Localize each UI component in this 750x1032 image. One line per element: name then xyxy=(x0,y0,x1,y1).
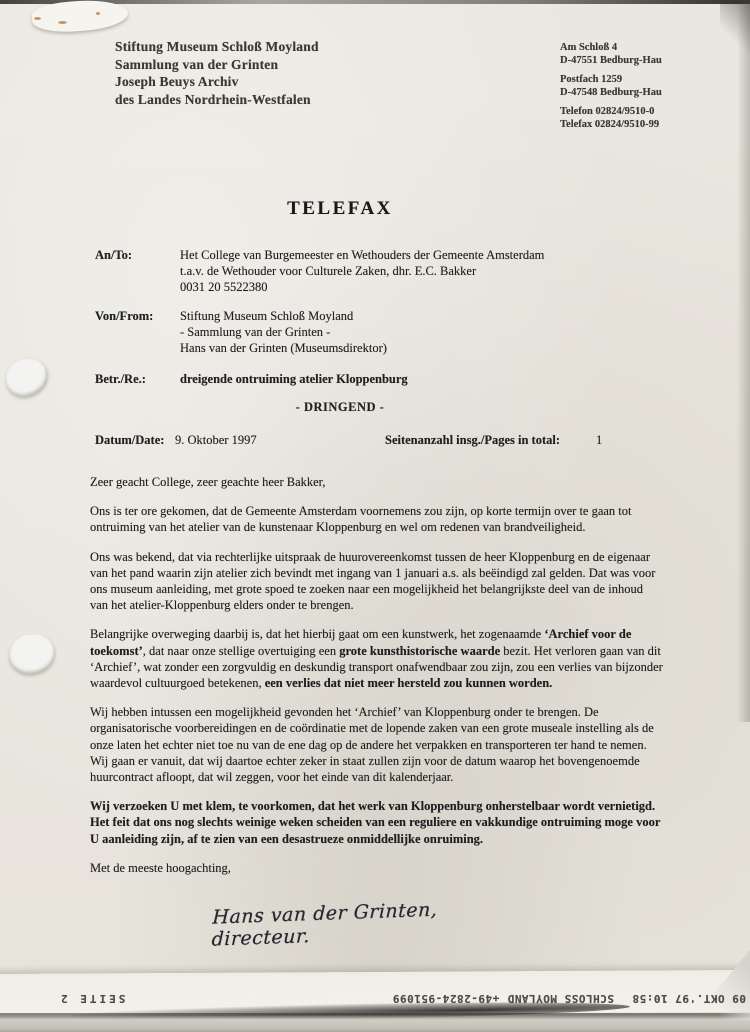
rust-speck xyxy=(58,21,67,24)
salutation: Zeer geacht College, zeer geachte heer B… xyxy=(90,474,664,490)
closing-line: Met de meeste hoogachting, xyxy=(90,860,664,876)
signature-handwriting: Hans van der Grinten, directeur. xyxy=(211,895,532,950)
field-value: dreigende ontruiming atelier Kloppenburg xyxy=(180,371,660,387)
fax-footer-page: SEITE 2 xyxy=(58,993,125,1006)
body-paragraph: Ons was bekend, dat via rechterlijke uit… xyxy=(90,549,664,614)
text-line: Joseph Beuys Archiv xyxy=(115,73,319,91)
rust-speck xyxy=(34,17,41,20)
punch-hole-patch xyxy=(3,356,50,398)
field-von-from: Von/From: Stiftung Museum Schloß Moyland… xyxy=(95,308,665,324)
body-paragraph: Belangrijke overweging daarbij is, dat h… xyxy=(90,626,664,691)
scan-right-shadow xyxy=(737,0,750,722)
field-value: Stiftung Museum Schloß Moyland- Sammlung… xyxy=(180,308,660,356)
scan-corner-shadow xyxy=(720,0,750,52)
text-line: Telefax 02824/9510-99 xyxy=(560,118,662,131)
paper-tear xyxy=(31,0,129,34)
letterhead-org: Stiftung Museum Schloß MoylandSammlung v… xyxy=(115,38,319,108)
fax-footer-number: +49-2824-951099 xyxy=(392,993,499,1006)
text-line: D-47551 Bedburg-Hau xyxy=(560,54,662,67)
text-line: - Sammlung van der Grinten - xyxy=(180,324,660,340)
body-paragraphs: Ons is ter ore gekomen, dat de Gemeente … xyxy=(90,503,664,847)
field-value: Het College van Burgemeester en Wethoude… xyxy=(180,247,660,295)
field-betr-re: Betr./Re.: dreigende ontruiming atelier … xyxy=(95,371,665,387)
text-line: Het College van Burgemeester en Wethoude… xyxy=(180,247,660,263)
telefax-title: TELEFAX xyxy=(90,198,590,220)
text-line: Hans van der Grinten (Museumsdirektor) xyxy=(180,340,660,356)
text-line: t.a.v. de Wethouder voor Culturele Zaken… xyxy=(180,263,660,279)
letter-body: Zeer geacht College, zeer geachte heer B… xyxy=(90,474,664,889)
text-line: Am Schloß 4 xyxy=(560,41,662,54)
scan-bottom-edge xyxy=(0,1013,750,1032)
body-paragraph: Ons is ter ore gekomen, dat de Gemeente … xyxy=(90,503,664,535)
fax-document-page: Stiftung Museum Schloß MoylandSammlung v… xyxy=(0,0,750,1032)
text-line: 0031 20 5522380 xyxy=(180,279,660,295)
letterhead-contact: Am Schloß 4D-47551 Bedburg-Hau Postfach … xyxy=(560,41,662,137)
date-value: 9. Oktober 1997 xyxy=(175,433,257,448)
fax-footer-line: 09 OKT.'97 10:58 SCHLOSS MOYLAND +49-282… xyxy=(0,991,750,1007)
fax-footer-station: SCHLOSS MOYLAND xyxy=(507,993,614,1006)
field-an-to: An/To: Het College van Burgemeester en W… xyxy=(95,247,665,263)
body-paragraph: Wij verzoeken U met klem, te voorkomen, … xyxy=(90,798,664,847)
punch-hole-patch xyxy=(7,632,56,676)
letterhead-postbox: Postfach 1259D-47548 Bedburg-Hau xyxy=(560,73,662,99)
text-line: Stiftung Museum Schloß Moyland xyxy=(115,38,319,56)
urgency-line: - DRINGEND - xyxy=(90,400,590,415)
text-line: Postfach 1259 xyxy=(560,73,662,86)
text-line: des Landes Nordrhein-Westfalen xyxy=(115,91,319,109)
date-label: Datum/Date: xyxy=(95,433,164,448)
fax-footer-timestamp: 09 OKT.'97 10:58 xyxy=(632,993,746,1006)
text-line: D-47548 Bedburg-Hau xyxy=(560,86,662,99)
text-line: dreigende ontruiming atelier Kloppenburg xyxy=(180,371,660,387)
pages-label: Seitenanzahl insg./Pages in total: xyxy=(385,433,560,448)
letterhead-phone: Telefon 02824/9510-0Telefax 02824/9510-9… xyxy=(560,105,662,131)
rust-speck xyxy=(96,12,100,15)
text-line: Telefon 02824/9510-0 xyxy=(560,105,662,118)
letterhead-address: Am Schloß 4D-47551 Bedburg-Hau xyxy=(560,41,662,67)
body-paragraph: Wij hebben intussen een mogelijkheid gev… xyxy=(90,704,664,785)
text-line: Sammlung van der Grinten xyxy=(115,56,319,74)
text-line: Stiftung Museum Schloß Moyland xyxy=(180,308,660,324)
pages-value: 1 xyxy=(596,433,602,448)
